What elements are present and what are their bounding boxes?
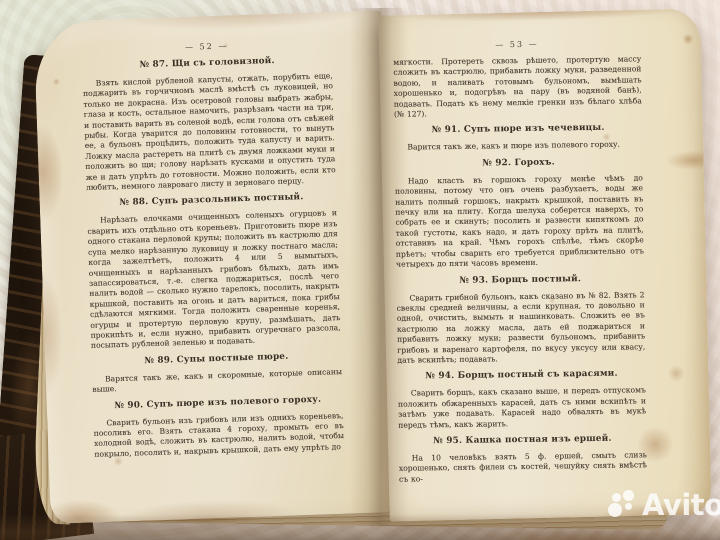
avito-watermark: Avito	[608, 489, 720, 521]
recipe-heading-91: № 91. Супъ пюре изъ чечевицы.	[394, 123, 642, 137]
recipe-heading-89: № 89. Супы постные пюре.	[91, 350, 341, 369]
recipe-body-94: Сварить борщъ, какъ сказано выше, и пере…	[398, 386, 647, 431]
recipe-section-90: № 90. Супъ пюре изъ полевого гороху. Сва…	[93, 394, 345, 460]
recipe-heading-93: № 93. Борщъ постный.	[396, 273, 644, 287]
avito-logo-circle	[625, 503, 632, 510]
photo-scene: — 52 — № 87. Щи съ головизной. Взять кис…	[0, 0, 720, 540]
recipe-body-87: Взять кислой рубленой капусты, отжать, п…	[83, 71, 336, 193]
avito-logo-circle	[608, 503, 622, 517]
recipe-heading-94: № 94. Борщъ постный съ карасями.	[398, 369, 646, 383]
recipe-section-91: № 91. Супъ пюре изъ чечевицы. Варится та…	[394, 123, 642, 154]
recipe-body-93: Сварить грибной бульонъ, какъ сказано въ…	[396, 290, 645, 366]
recipe-body-95: На 10 человѣкъ взять 5 ф. ершей, смыть с…	[399, 450, 647, 485]
recipe-section-95: № 95. Кашка постная изъ ершей. На 10 чел…	[398, 433, 647, 485]
recipe-body-88: Нарѣзать елочками очищенныхъ соленыхъ ог…	[87, 209, 341, 352]
recipe-body-90: Сварить бульонъ изъ грибовъ или изъ одни…	[93, 411, 344, 460]
recipe-section-94: № 94. Борщъ постный съ карасями. Сварить…	[398, 369, 647, 431]
left-page-text: — 52 — № 87. Щи съ головизной. Взять кис…	[82, 38, 345, 460]
recipe-section-87: № 87. Щи съ головизной. Взять кислой руб…	[82, 54, 336, 193]
recipe-body-92: Надо класть въ горшокъ гороху менѣе чѣмъ…	[395, 173, 644, 270]
recipe-heading-90: № 90. Супъ пюре изъ полевого гороху.	[93, 394, 343, 413]
avito-watermark-text: Avito	[642, 489, 720, 521]
recipe-body-91: Варится такъ же, какъ и пюре изъ полевог…	[394, 140, 642, 154]
recipe-section-92: № 92. Горохъ. Надо класть въ горшокъ гор…	[395, 156, 645, 270]
recipe-section-89: № 89. Супы постные пюре. Варятся такъ же…	[91, 350, 342, 396]
recipe-body-90-continued: мягкости. Протереть сквозь рѣшето, проте…	[393, 54, 642, 120]
avito-logo-circle	[612, 493, 621, 502]
recipe-heading-95: № 95. Кашка постная изъ ершей.	[398, 433, 646, 447]
page-bottom-shadow	[380, 520, 720, 540]
recipe-section-93: № 93. Борщъ постный. Сварить грибной бул…	[396, 273, 645, 366]
avito-logo-icon	[608, 489, 638, 521]
recipe-heading-92: № 92. Горохъ.	[395, 156, 643, 170]
recipe-heading-87: № 87. Щи съ головизной.	[82, 54, 332, 73]
page-number-right: — 53 —	[393, 38, 641, 51]
recipe-body-89: Варятся такъ же, какъ и скоромные, котор…	[92, 367, 343, 396]
right-page-text: — 53 — мягкости. Протереть сквозь рѣшето…	[393, 38, 647, 485]
recipe-heading-88: № 88. Супъ разсольникъ постный.	[86, 192, 336, 211]
recipe-continuation: мягкости. Протереть сквозь рѣшето, проте…	[393, 54, 642, 120]
recipe-section-88: № 88. Супъ разсольникъ постный. Нарѣзать…	[86, 192, 341, 352]
avito-logo-circle	[623, 490, 634, 501]
